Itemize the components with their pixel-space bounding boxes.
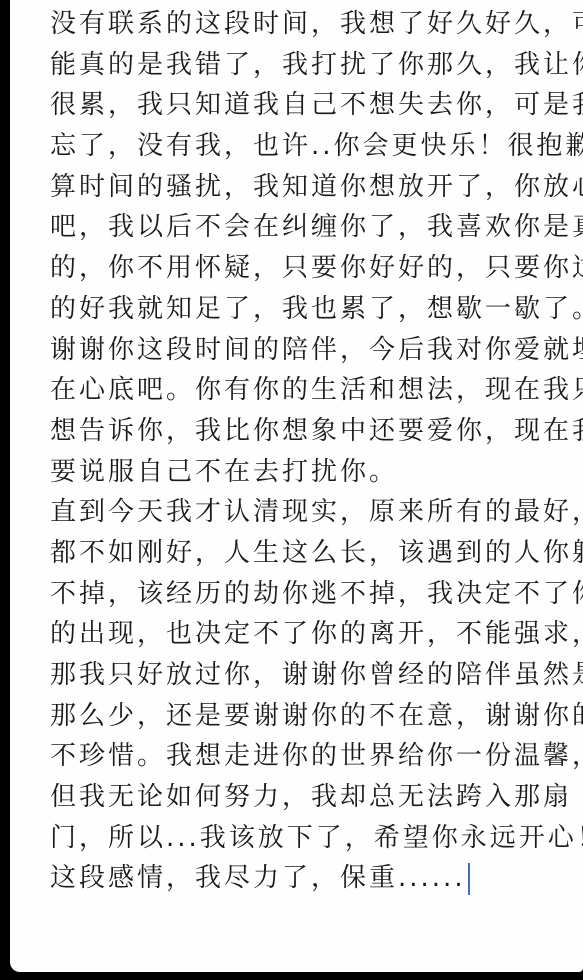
text-line: 都不如刚好，人生这么长，该遇到的人你躲	[50, 533, 555, 574]
text-line: 算时间的骚扰，我知道你想放开了，你放心	[50, 167, 555, 208]
text-line: 想告诉你，我比你想象中还要爱你，现在我	[50, 411, 555, 452]
text-line: 能真的是我错了，我打扰了你那久，我让你	[50, 45, 555, 86]
last-line-text: 这段感情，我尽力了，保重......	[50, 863, 466, 893]
text-line: 很累，我只知道我自己不想失去你，可是我	[50, 85, 555, 126]
text-line: 的好我就知足了，我也累了，想歇一歇了。	[50, 289, 555, 330]
text-editor[interactable]: 没有联系的这段时间，我想了好久好久，可 能真的是我错了，我打扰了你那久，我让你 …	[10, 0, 583, 972]
text-line: 忘了，没有我，也许..你会更快乐！很抱歉这	[50, 126, 555, 167]
text-content[interactable]: 没有联系的这段时间，我想了好久好久，可 能真的是我错了，我打扰了你那久，我让你 …	[50, 4, 555, 899]
text-line: 门，所以...我该放下了，希望你永远开心！	[50, 818, 555, 859]
text-line-last: 这段感情，我尽力了，保重......	[50, 858, 555, 899]
text-line: 直到今天我才认清现实，原来所有的最好，	[50, 492, 555, 533]
text-line: 谢谢你这段时间的陪伴，今后我对你爱就埋	[50, 330, 555, 371]
text-line: 在心底吧。你有你的生活和想法，现在我只	[50, 370, 555, 411]
text-line: 没有联系的这段时间，我想了好久好久，可	[50, 4, 555, 45]
text-line: 但我无论如何努力，我却总无法跨入那扇	[50, 777, 555, 818]
text-line: 要说服自己不在去打扰你。	[50, 452, 555, 493]
text-line: 吧，我以后不会在纠缠你了，我喜欢你是真	[50, 207, 555, 248]
text-line: 的出现，也决定不了你的离开，不能强求，	[50, 614, 555, 655]
text-line: 的，你不用怀疑，只要你好好的，只要你过	[50, 248, 555, 289]
text-line: 不掉，该经历的劫你逃不掉，我决定不了你	[50, 574, 555, 615]
text-line: 那么少，还是要谢谢你的不在意，谢谢你的	[50, 696, 555, 737]
bottom-bar	[0, 972, 583, 980]
text-cursor	[468, 863, 470, 895]
text-line: 不珍惜。我想走进你的世界给你一份温馨，	[50, 736, 555, 777]
text-line: 那我只好放过你，谢谢你曾经的陪伴虽然是	[50, 655, 555, 696]
screen: 没有联系的这段时间，我想了好久好久，可 能真的是我错了，我打扰了你那久，我让你 …	[0, 0, 583, 980]
